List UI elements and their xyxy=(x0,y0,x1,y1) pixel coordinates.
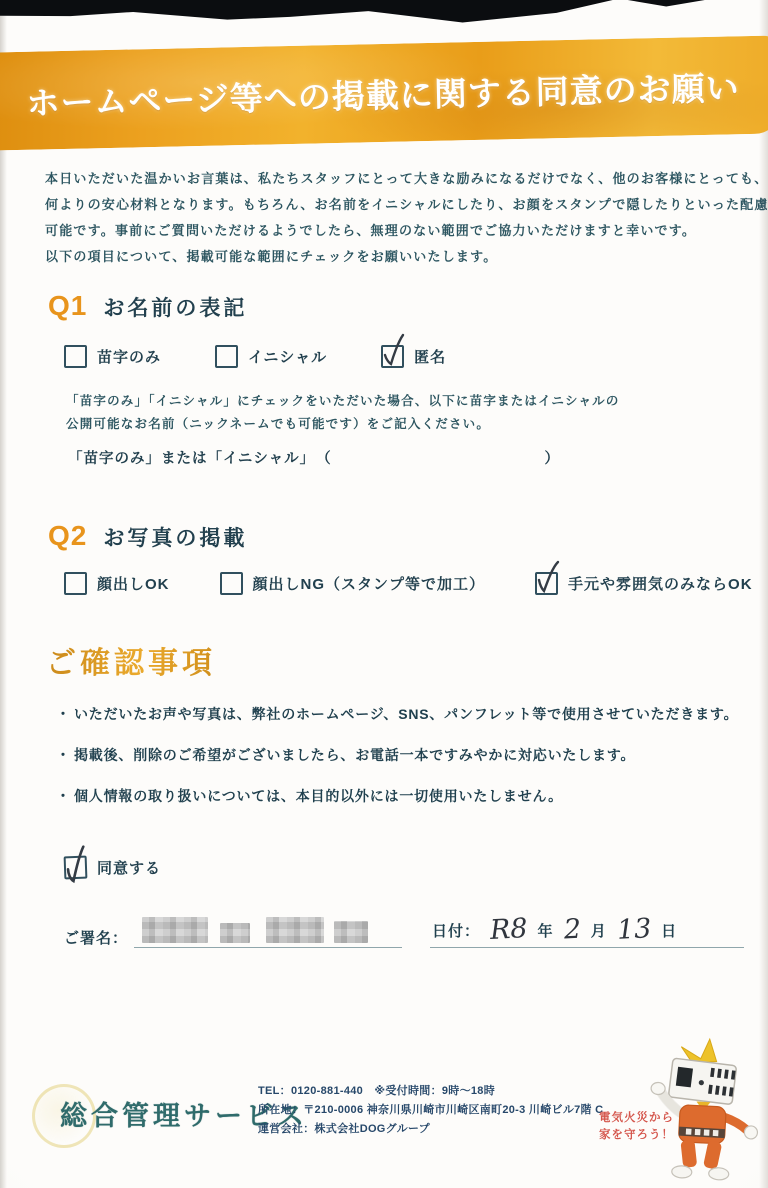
note-line: 「苗字のみ」「イニシャル」にチェックをいただいた場合、以下に苗字またはイニシャル… xyxy=(66,390,620,413)
checkbox-agree[interactable]: 同意する xyxy=(64,856,161,879)
handwritten-month: 2 xyxy=(563,915,582,946)
intro-line: 何よりの安心材料となります。もちろん、お名前をイニシャルにしたり、お顔をスタンプ… xyxy=(45,192,745,218)
handwritten-day: 13 xyxy=(616,914,652,946)
signature-label: ご署名： xyxy=(64,927,128,948)
checkbox[interactable] xyxy=(381,345,404,368)
q2-number: Q2 xyxy=(48,520,87,552)
company-contact-info: TEL：0120-881-440 ※受付時間：9時～18時 所在地：〒210-0… xyxy=(258,1082,603,1139)
checkbox[interactable] xyxy=(220,572,243,595)
redacted-signature-block xyxy=(142,917,208,943)
bullet-item: 個人情報の取り扱いについては、本目的以外には一切使用いたしません。 xyxy=(56,786,746,806)
tel-line: TEL：0120-881-440 ※受付時間：9時～18時 xyxy=(258,1082,603,1101)
agreement-row: 同意する xyxy=(64,856,161,879)
checkbox-face-ng[interactable]: 顔出しNG（スタンプ等で加工） xyxy=(220,572,486,595)
checkbox-surname-only[interactable]: 苗字のみ xyxy=(64,345,161,368)
intro-paragraph: 本日いただいた温かいお言葉は、私たちスタッフにとって大きな励みになるだけでなく、… xyxy=(45,166,745,270)
month-suffix: 月 xyxy=(591,920,607,945)
name-fill-in-row[interactable]: 「苗字のみ」または「イニシャル」 （ ） xyxy=(68,447,560,468)
option-label: 顔出しOK xyxy=(97,573,170,594)
q1-title: お名前の表記 xyxy=(103,292,247,322)
page-title: ホームページ等への掲載に関する同意のお願い xyxy=(26,62,740,125)
option-label: 匿名 xyxy=(414,346,446,367)
confirmation-bullets: いただいたお声や写真は、弊社のホームページ、SNS、パンフレット等で使用させてい… xyxy=(56,704,746,827)
intro-line: 本日いただいた温かいお言葉は、私たちスタッフにとって大きな励みになるだけでなく、… xyxy=(45,166,745,192)
checkbox-face-ok[interactable]: 顔出しOK xyxy=(64,572,170,595)
fill-in-close-paren: ） xyxy=(545,447,561,468)
q1-number: Q1 xyxy=(48,290,87,322)
mascot-robot-icon xyxy=(642,1036,768,1186)
checkbox[interactable] xyxy=(215,345,238,368)
intro-line: 可能です。事前にご質問いただけるようでしたら、無理のない範囲でご協力いただけます… xyxy=(45,218,745,244)
consent-form-page: ホームページ等への掲載に関する同意のお願い 本日いただいた温かいお言葉は、私たち… xyxy=(0,0,768,1188)
title-banner: ホームページ等への掲載に関する同意のお願い xyxy=(0,35,768,150)
confirmation-section-title: ご確認事項 xyxy=(46,638,216,682)
checkmark-icon xyxy=(381,334,407,368)
bullet-item: 掲載後、削除のご希望がございましたら、お電話一本ですみやかに対応いたします。 xyxy=(56,745,746,765)
q1-options: 苗字のみ イニシャル 匿名 xyxy=(64,345,446,368)
signature-field[interactable] xyxy=(134,907,402,948)
checkmark-icon xyxy=(63,845,90,886)
handwritten-era-year: R8 xyxy=(489,914,528,946)
checkbox[interactable] xyxy=(64,345,87,368)
intro-line: 以下の項目について、掲載可能な範囲にチェックをお願いいたします。 xyxy=(45,244,745,270)
date-field[interactable]: 日付： R8 年 2 月 13 日 xyxy=(430,905,744,948)
checkmark-icon xyxy=(535,561,561,595)
checkbox-initial[interactable]: イニシャル xyxy=(215,345,327,368)
agreement-label: 同意する xyxy=(97,857,161,878)
checkbox-anonymous[interactable]: 匿名 xyxy=(381,345,446,368)
redacted-signature-block xyxy=(220,923,250,943)
q2-title: お写真の掲載 xyxy=(103,522,247,552)
checkbox[interactable] xyxy=(64,856,88,880)
date-label: 日付： xyxy=(432,920,480,945)
option-label: 顔出しNG（スタンプ等で加工） xyxy=(253,573,486,594)
scan-dark-edge xyxy=(0,0,768,30)
q2-header: Q2 お写真の掲載 xyxy=(48,520,247,552)
note-line: 公開可能なお名前（ニックネームでも可能です）をご記入ください。 xyxy=(66,413,620,436)
option-label: 手元や雰囲気のみならOK xyxy=(568,573,753,594)
q1-note: 「苗字のみ」「イニシャル」にチェックをいただいた場合、以下に苗字またはイニシャル… xyxy=(66,390,620,436)
checkbox-hands-atmosphere-only[interactable]: 手元や雰囲気のみならOK xyxy=(535,572,753,595)
option-label: イニシャル xyxy=(248,346,327,367)
year-suffix: 年 xyxy=(538,920,554,945)
q1-header: Q1 お名前の表記 xyxy=(48,290,247,322)
checkbox[interactable] xyxy=(535,572,558,595)
fill-in-label: 「苗字のみ」または「イニシャル」 （ xyxy=(68,447,332,468)
checkbox[interactable] xyxy=(64,572,87,595)
option-label: 苗字のみ xyxy=(97,346,161,367)
operator-line: 運営会社：株式会社DOGグループ xyxy=(258,1120,603,1139)
signature-date-row: ご署名： 日付： R8 年 2 月 13 日 xyxy=(64,905,744,948)
redacted-signature-block xyxy=(266,917,324,943)
q2-options: 顔出しOK 顔出しNG（スタンプ等で加工） 手元や雰囲気のみならOK xyxy=(64,572,753,595)
day-suffix: 日 xyxy=(661,920,677,945)
bullet-item: いただいたお声や写真は、弊社のホームページ、SNS、パンフレット等で使用させてい… xyxy=(56,704,746,724)
address-line: 所在地：〒210-0006 神奈川県川崎市川崎区南町20-3 川崎ビル7階 C xyxy=(258,1101,603,1120)
redacted-signature-block xyxy=(334,921,368,943)
